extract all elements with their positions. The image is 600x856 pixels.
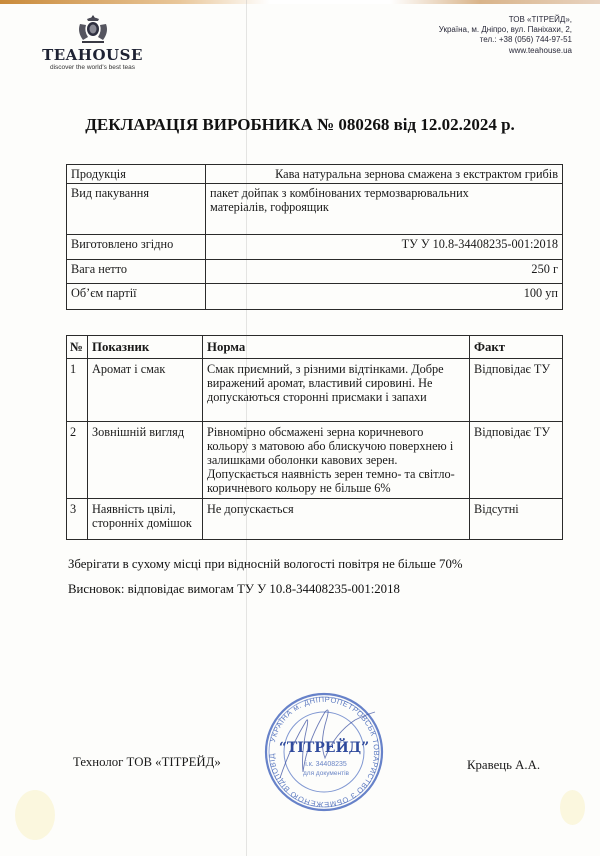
conclusion-note: Висновок: відповідає вимогам ТУ У 10.8-3… [68, 582, 400, 597]
company-stamp: УКРАЇНА м. ДНІПРОПЕТРОВСЬК ТОВАРИСТВО З … [262, 690, 386, 814]
table-row: Об’єм партії 100 уп [67, 284, 563, 310]
company-phone: тел.: +38 (056) 744-97-51 [439, 35, 572, 45]
row-label: Продукція [67, 165, 206, 184]
company-name: ТОВ «ТІТРЕЙД», [439, 15, 572, 25]
signatory-name: Кравець А.А. [467, 758, 540, 773]
cell-indicator: Аромат і смак [88, 359, 203, 422]
table-row: Продукція Кава натуральна зернова смажен… [67, 165, 563, 184]
table-header-row: № Показник Норма Факт [67, 336, 563, 359]
row-label: Об’єм партії [67, 284, 206, 310]
cell-norm: Рівномірно обсмажені зерна коричневого к… [203, 422, 470, 499]
brand-name: TEAHOUSE [40, 46, 145, 64]
row-value: Кава натуральна зернова смажена з екстра… [206, 165, 563, 184]
cell-fact: Відповідає ТУ [470, 359, 563, 422]
table-row: Виготовлено згідно ТУ У 10.8-34408235-00… [67, 235, 563, 260]
row-value: 100 уп [206, 284, 563, 310]
header-indicator: Показник [88, 336, 203, 359]
cell-fact: Відповідає ТУ [470, 422, 563, 499]
row-value: 250 г [206, 260, 563, 284]
crest-icon [76, 14, 110, 44]
document-title: ДЕКЛАРАЦІЯ ВИРОБНИКА № 080268 від 12.02.… [0, 115, 600, 135]
table-row: 2 Зовнішній вигляд Рівномірно обсмажені … [67, 422, 563, 499]
table-row: 3 Наявність цвілі, сторонніх домішок Не … [67, 499, 563, 540]
company-details: ТОВ «ТІТРЕЙД», Україна, м. Дніпро, вул. … [439, 15, 572, 56]
cell-indicator: Наявність цвілі, сторонніх домішок [88, 499, 203, 540]
paper-stain [560, 790, 585, 825]
row-label: Вага нетто [67, 260, 206, 284]
product-info-table: Продукція Кава натуральна зернова смажен… [66, 164, 563, 310]
stamp-sub-text: для документів [303, 769, 350, 777]
row-value: ТУ У 10.8-34408235-001:2018 [206, 235, 563, 260]
table-row: Вид пакування пакет дойпак з комбіновани… [67, 184, 563, 235]
company-address: Україна, м. Дніпро, вул. Паніхахи, 2, [439, 25, 572, 35]
storage-note: Зберігати в сухому місці при відносній в… [68, 557, 463, 572]
cell-num: 3 [67, 499, 88, 540]
row-value: пакет дойпак з комбінованих термозварюва… [206, 184, 563, 235]
table-row: Вага нетто 250 г [67, 260, 563, 284]
row-label: Виготовлено згідно [67, 235, 206, 260]
page-top-edge [0, 0, 600, 4]
cell-norm: Смак приємний, з різними відтінками. Доб… [203, 359, 470, 422]
stamp-code-text: і.к. 34408235 [305, 760, 347, 768]
cell-num: 1 [67, 359, 88, 422]
header-num: № [67, 336, 88, 359]
header-fact: Факт [470, 336, 563, 359]
signatory-position: Технолог ТОВ «ТІТРЕЙД» [73, 755, 221, 770]
indicators-table: № Показник Норма Факт 1 Аромат і смак См… [66, 335, 563, 540]
cell-indicator: Зовнішній вигляд [88, 422, 203, 499]
brand-tagline: discover the world's best teas [40, 64, 145, 71]
header-norm: Норма [203, 336, 470, 359]
company-website: www.teahouse.ua [439, 46, 572, 56]
table-row: 1 Аромат і смак Смак приємний, з різними… [67, 359, 563, 422]
cell-norm: Не допускається [203, 499, 470, 540]
paper-stain [15, 790, 55, 840]
teahouse-logo: TEAHOUSE discover the world's best teas [40, 14, 145, 71]
cell-fact: Відсутні [470, 499, 563, 540]
row-label: Вид пакування [67, 184, 206, 235]
cell-num: 2 [67, 422, 88, 499]
